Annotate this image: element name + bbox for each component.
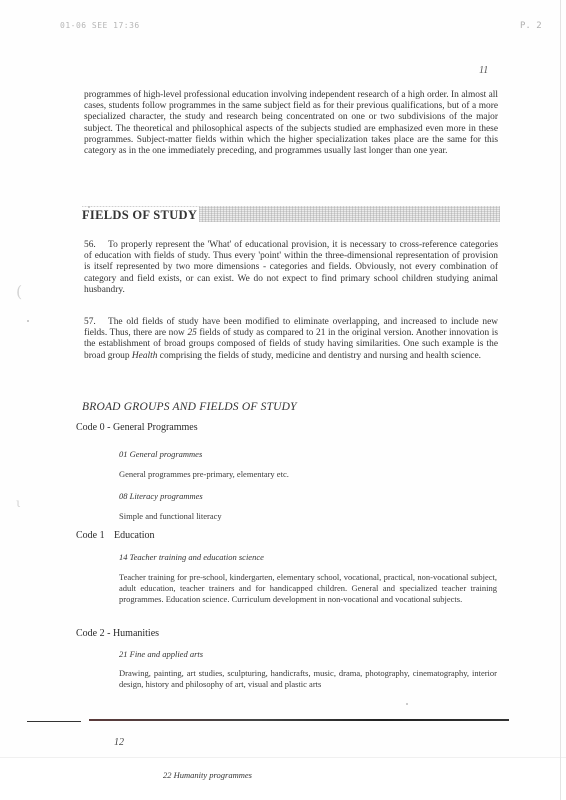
fax-transmission-stamp: 01-06 SEE 17:36 [60, 21, 140, 30]
field-title: 01 General programmes [119, 449, 202, 459]
paragraph-text: comprising the fields of study, medicine… [157, 351, 481, 361]
scan-artifact: ( [16, 282, 22, 301]
paragraph-56: 56.To properly represent the 'What' of e… [84, 240, 498, 296]
field-description: Drawing, painting, art studies, sculptur… [119, 668, 497, 690]
section-heading: FIELDS OF STUDY [82, 207, 199, 223]
emphasis-word: Health [132, 351, 158, 361]
scan-speck [27, 320, 29, 322]
code-0-heading: Code 0 - General Programmes [76, 422, 198, 433]
code-label: Code 1 [76, 530, 114, 541]
paragraph-57: 57.The old fields of study have been mod… [84, 317, 498, 362]
field-description: Teacher training for pre-school, kinderg… [119, 572, 497, 604]
document-page: 01-06 SEE 17:36 P. 2 11 programmes of hi… [0, 0, 566, 757]
footer-rule [89, 719, 509, 721]
code-2-heading: Code 2 - Humanities [76, 628, 159, 639]
paragraph-text: To properly represent the 'What' of educ… [84, 240, 498, 295]
fax-page-number: P. 2 [520, 21, 542, 31]
next-page-fragment [0, 757, 566, 800]
field-description: General programmes pre-primary, elementa… [119, 469, 497, 480]
next-page-field-title: 22 Humanity programmes [163, 770, 252, 780]
scan-speck [406, 703, 408, 705]
paragraph-number: 56. [84, 240, 108, 251]
scan-artifact: ι [16, 496, 21, 510]
footer-rule-short [27, 721, 81, 722]
emphasis-number: 25 [187, 328, 196, 338]
field-title: 14 Teacher training and education scienc… [119, 552, 264, 562]
field-title: 21 Fine and applied arts [119, 649, 203, 659]
field-title: 08 Literacy programmes [119, 491, 203, 501]
broad-groups-title: BROAD GROUPS AND FIELDS OF STUDY [82, 401, 297, 413]
scan-speck [356, 326, 358, 328]
code-name: Education [114, 530, 155, 541]
code-1-heading: Code 1Education [76, 530, 155, 541]
intro-paragraph: programmes of high-level professional ed… [84, 90, 498, 157]
section-heading-bar: FIELDS OF STUDY [82, 206, 500, 222]
field-description: Simple and functional literacy [119, 511, 497, 522]
paragraph-number: 57. [84, 317, 108, 328]
page-number-bottom: 12 [114, 737, 124, 748]
page-number-top: 11 [479, 65, 488, 76]
scan-edge [560, 0, 561, 800]
scan-speck [88, 206, 90, 208]
